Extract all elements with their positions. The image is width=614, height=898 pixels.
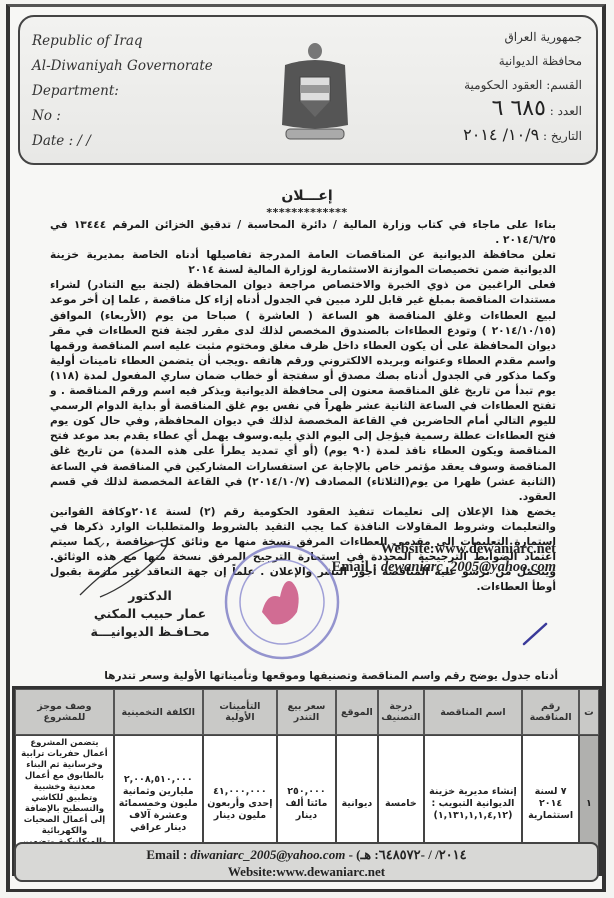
col-classification: درجة التصنيف <box>378 689 424 735</box>
number-en: No : <box>32 104 213 129</box>
date-en: Date : / / <box>32 129 213 154</box>
date-row: التاريخ : ١٠/٩/ ٢٠١٤ <box>463 123 582 148</box>
signatory-title: الدكتور <box>80 587 220 605</box>
country-en: Republic of Iraq <box>32 29 213 54</box>
department-ar: القسم: العقود الحكومية <box>463 73 582 97</box>
signatory-position: محـافـظ الديوانيـــة <box>80 623 220 641</box>
iraq-eagle-emblem-icon <box>270 37 360 147</box>
footer-line-1: Email : diwaniarc_2005@yahoo.com - (٢٠١٤… <box>16 846 597 863</box>
col-initial-insurance: التأمينات الأولية <box>203 689 278 735</box>
col-tender-number: رقم المناقصة <box>522 689 578 735</box>
paragraph: تعلن محافظة الديوانية عن المناقصات العام… <box>50 248 556 278</box>
number-row: العدد : ٦٨٥ ٦ <box>463 97 582 123</box>
col-description: وصف موجز للمشروع <box>15 689 114 735</box>
governorate-ar: محافظة الديوانية <box>463 49 582 73</box>
footer-contact: Email : diwaniarc_2005@yahoo.com - (٢٠١٤… <box>14 842 599 882</box>
col-tender-price: سعر بيع التندر <box>277 689 335 735</box>
col-estimated-cost: الكلفة التخمينية <box>114 689 203 735</box>
country-ar: جمهورية العراق <box>463 25 582 49</box>
letterhead-arabic: جمهورية العراق محافظة الديوانية القسم: ا… <box>463 25 582 148</box>
department-en: Department: <box>32 79 213 104</box>
letterhead-english: Republic of Iraq Al-Diwaniyah Governorat… <box>32 29 213 154</box>
col-tender-name: اسم المناقصة <box>424 689 523 735</box>
pen-stroke-icon <box>520 618 550 648</box>
footer-website-link[interactable]: www.dewaniarc.net <box>276 864 385 879</box>
footer-phone: - (٢٠١٤/ / -٦٤٨٥٧٢: هـ <box>349 847 467 862</box>
paragraph: فعلى الراغبين من ذوي الخبرة والاختصاص مر… <box>50 278 556 504</box>
col-index: ت <box>579 689 599 735</box>
number-value: ٦٨٥ ٦ <box>492 96 546 121</box>
number-label: العدد : <box>550 104 582 118</box>
email-line: Email : dewaniarc_2005@yahoo.com <box>332 558 556 576</box>
date-value: ١٠/٩/ ٢٠١٤ <box>463 125 539 144</box>
website-link[interactable]: www.dewaniarc.net <box>435 541 556 557</box>
footer-email-link[interactable]: diwaniarc_2005@yahoo.com <box>190 847 345 862</box>
col-location: الموقع <box>336 689 378 735</box>
footer-line-2: Website:www.dewaniarc.net <box>16 863 597 880</box>
date-label: التاريخ : <box>543 129 582 143</box>
contact-info: Website:www.dewaniarc.net Email : dewani… <box>332 540 556 576</box>
paragraph: بناءا على ماجاء في كتاب وزارة المالية / … <box>50 218 556 248</box>
website-line: Website:www.dewaniarc.net <box>332 540 556 558</box>
email-link[interactable]: dewaniarc_2005@yahoo.com <box>381 559 556 575</box>
governorate-seal-icon <box>222 542 342 662</box>
signatory: الدكتور عمار حبيب المكني محـافـظ الديوان… <box>80 587 220 641</box>
governorate-en: Al-Diwaniyah Governorate <box>32 54 213 79</box>
letterhead: Republic of Iraq Al-Diwaniyah Governorat… <box>18 15 598 165</box>
announcement-title: إعـــلان <box>0 188 614 204</box>
signatory-name: عمار حبيب المكني <box>80 605 220 623</box>
table-header-row: ت رقم المناقصة اسم المناقصة درجة التصنيف… <box>15 689 599 735</box>
table-caption: أدناه جدول يوضح رقم واسم المناقصة وتصنيف… <box>104 670 558 682</box>
